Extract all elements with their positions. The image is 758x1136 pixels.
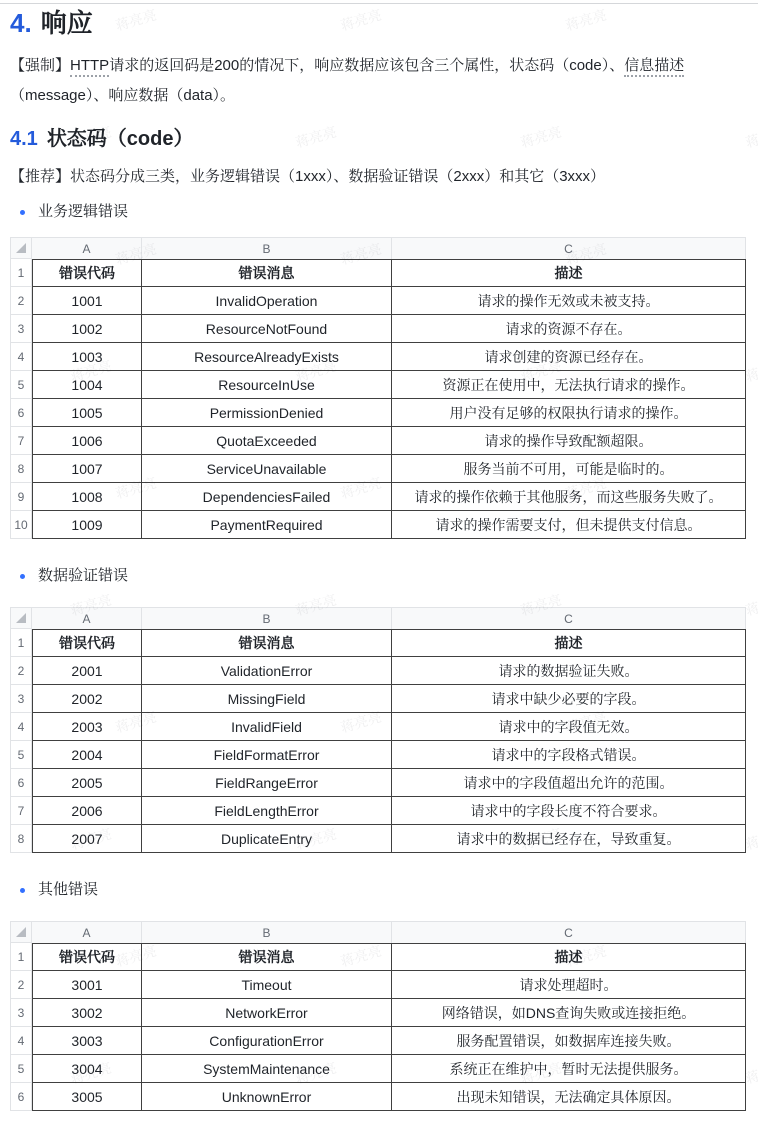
sheet-row-number[interactable]: 6 bbox=[10, 399, 32, 427]
section-business-logic-errors: 业务逻辑错误 ABC1错误代码错误消息描述21001InvalidOperati… bbox=[10, 201, 746, 539]
bullet-item-business-errors: 业务逻辑错误 bbox=[10, 201, 746, 223]
sheet-row-number[interactable]: 4 bbox=[10, 343, 32, 371]
sheet-row: 33002NetworkError网络错误，如DNS查询失败或连接拒绝。 bbox=[10, 999, 746, 1027]
spellcheck-underline-http: HTTP bbox=[70, 57, 109, 77]
sheet-cell[interactable]: 请求创建的资源已经存在。 bbox=[392, 343, 746, 371]
sheet-cell[interactable]: 错误消息 bbox=[142, 259, 392, 287]
sheet-row: 1错误代码错误消息描述 bbox=[10, 259, 746, 287]
sheet-cell[interactable]: FieldRangeError bbox=[142, 769, 392, 797]
sheet-row-number[interactable]: 3 bbox=[10, 685, 32, 713]
sheet-row-number[interactable]: 1 bbox=[10, 943, 32, 971]
heading-number: 4.1 bbox=[10, 128, 38, 150]
sheet-row-number[interactable]: 1 bbox=[10, 629, 32, 657]
sheet-cell[interactable]: ServiceUnavailable bbox=[142, 455, 392, 483]
spellcheck-underline-message-desc: 信息描述 bbox=[624, 57, 684, 77]
sheet-cell[interactable]: 错误消息 bbox=[142, 943, 392, 971]
select-all-triangle-icon bbox=[16, 243, 26, 253]
sheet-cell[interactable]: QuotaExceeded bbox=[142, 427, 392, 455]
sheet-cell[interactable]: SystemMaintenance bbox=[142, 1055, 392, 1083]
sheet-cell[interactable]: 3005 bbox=[32, 1083, 142, 1111]
sheet-row-number[interactable]: 5 bbox=[10, 741, 32, 769]
sheet-row: 53004SystemMaintenance系统正在维护中，暂时无法提供服务。 bbox=[10, 1055, 746, 1083]
sheet-cell[interactable]: 2003 bbox=[32, 713, 142, 741]
sheet-header-row: ABC bbox=[10, 921, 746, 943]
section-other-errors: 其他错误 ABC1错误代码错误消息描述23001Timeout请求处理超时。33… bbox=[10, 879, 746, 1111]
sheet-cell[interactable]: 请求中的字段格式错误。 bbox=[392, 741, 746, 769]
sheet-cell[interactable]: 服务配置错误，如数据库连接失败。 bbox=[392, 1027, 746, 1055]
sheet-row: 52004FieldFormatError请求中的字段格式错误。 bbox=[10, 741, 746, 769]
paragraph-mandatory: 【强制】HTTP请求的返回码是200的情况下，响应数据应该包含三个属性，状态码（… bbox=[10, 51, 746, 111]
sheet-row-number[interactable]: 7 bbox=[10, 797, 32, 825]
sheet-row: 1错误代码错误消息描述 bbox=[10, 629, 746, 657]
sheet-cell[interactable]: 描述 bbox=[392, 259, 746, 287]
sheet-cell[interactable]: DependenciesFailed bbox=[142, 483, 392, 511]
sheet-row-number[interactable]: 4 bbox=[10, 1027, 32, 1055]
sheet-cell[interactable]: 描述 bbox=[392, 943, 746, 971]
sheet-row-number[interactable]: 8 bbox=[10, 825, 32, 853]
sheet-row-number[interactable]: 10 bbox=[10, 511, 32, 539]
sheet-row-number[interactable]: 5 bbox=[10, 371, 32, 399]
sheet-row-number[interactable]: 7 bbox=[10, 427, 32, 455]
sheet-cell[interactable]: MissingField bbox=[142, 685, 392, 713]
sheet-row: 63005UnknownError出现未知错误，无法确定具体原因。 bbox=[10, 1083, 746, 1111]
embedded-sheet[interactable]: ABC1错误代码错误消息描述23001Timeout请求处理超时。33002Ne… bbox=[10, 921, 746, 1111]
select-all-triangle-icon bbox=[16, 613, 26, 623]
sheet-cell[interactable]: InvalidField bbox=[142, 713, 392, 741]
sheet-column-header[interactable]: B bbox=[142, 607, 392, 629]
sheet-cell[interactable]: UnknownError bbox=[142, 1083, 392, 1111]
sheet-row: 43003ConfigurationError服务配置错误，如数据库连接失败。 bbox=[10, 1027, 746, 1055]
sheet-cell[interactable]: 2004 bbox=[32, 741, 142, 769]
sheet-cell[interactable]: 错误代码 bbox=[32, 259, 142, 287]
sheet-cell[interactable]: 2001 bbox=[32, 657, 142, 685]
sheet-cell[interactable]: 错误代码 bbox=[32, 629, 142, 657]
sheet-row: 51004ResourceInUse资源正在使用中，无法执行请求的操作。 bbox=[10, 371, 746, 399]
sheet-row: 72006FieldLengthError请求中的字段长度不符合要求。 bbox=[10, 797, 746, 825]
sheet-cell[interactable]: FieldLengthError bbox=[142, 797, 392, 825]
section-data-validation-errors: 数据验证错误 ABC1错误代码错误消息描述22001ValidationErro… bbox=[10, 565, 746, 853]
sheet-cell[interactable]: 网络错误，如DNS查询失败或连接拒绝。 bbox=[392, 999, 746, 1027]
sheet-cell[interactable]: 请求的数据验证失败。 bbox=[392, 657, 746, 685]
sheet-cell[interactable]: 2006 bbox=[32, 797, 142, 825]
sheet-row: 81007ServiceUnavailable服务当前不可用，可能是临时的。 bbox=[10, 455, 746, 483]
heading-number: 4. bbox=[10, 8, 32, 38]
sheet-row-number[interactable]: 3 bbox=[10, 315, 32, 343]
sheet-row-number[interactable]: 2 bbox=[10, 657, 32, 685]
sheet-row: 62005FieldRangeError请求中的字段值超出允许的范围。 bbox=[10, 769, 746, 797]
sheet-column-header[interactable]: B bbox=[142, 921, 392, 943]
sheet-cell[interactable]: NetworkError bbox=[142, 999, 392, 1027]
sheet-cell[interactable]: 描述 bbox=[392, 629, 746, 657]
bullet-label: 其他错误 bbox=[38, 879, 98, 901]
sheet-cell[interactable]: 错误消息 bbox=[142, 629, 392, 657]
bullet-item-other-errors: 其他错误 bbox=[10, 879, 746, 901]
embedded-sheet[interactable]: ABC1错误代码错误消息描述22001ValidationError请求的数据验… bbox=[10, 607, 746, 853]
paragraph-mid: 请求的返回码是200的情况下，响应数据应该包含三个属性，状态码（code）、 bbox=[109, 57, 624, 74]
sheet-cell[interactable]: 3004 bbox=[32, 1055, 142, 1083]
sheet-cell[interactable]: InvalidOperation bbox=[142, 287, 392, 315]
sheet-row-number[interactable]: 5 bbox=[10, 1055, 32, 1083]
sheet-cell[interactable]: PaymentRequired bbox=[142, 511, 392, 539]
sheet-cell[interactable]: 请求的操作无效或未被支持。 bbox=[392, 287, 746, 315]
sheet-column-header[interactable]: C bbox=[392, 921, 746, 943]
sheet-row-number[interactable]: 3 bbox=[10, 999, 32, 1027]
sheet-cell[interactable]: 资源正在使用中，无法执行请求的操作。 bbox=[392, 371, 746, 399]
select-all-triangle-icon bbox=[16, 927, 26, 937]
bullet-label: 业务逻辑错误 bbox=[38, 201, 128, 223]
sheet-cell[interactable]: 2007 bbox=[32, 825, 142, 853]
sheet-row: 41003ResourceAlreadyExists请求创建的资源已经存在。 bbox=[10, 343, 746, 371]
sheet-cell[interactable]: 1009 bbox=[32, 511, 142, 539]
sheet-cell[interactable]: FieldFormatError bbox=[142, 741, 392, 769]
sheet-cell[interactable]: 错误代码 bbox=[32, 943, 142, 971]
sheet-cell[interactable]: 1005 bbox=[32, 399, 142, 427]
sheet-row: 82007DuplicateEntry请求中的数据已经存在，导致重复。 bbox=[10, 825, 746, 853]
sheet-row-number[interactable]: 2 bbox=[10, 287, 32, 315]
sheet-row-number[interactable]: 4 bbox=[10, 713, 32, 741]
sheet-row-number[interactable]: 2 bbox=[10, 971, 32, 999]
sheet-cell[interactable]: 1004 bbox=[32, 371, 142, 399]
sheet-cell[interactable]: ResourceAlreadyExists bbox=[142, 343, 392, 371]
sheet-cell[interactable]: ResourceNotFound bbox=[142, 315, 392, 343]
sheet-cell[interactable]: 1002 bbox=[32, 315, 142, 343]
heading-response: 4.响应 bbox=[10, 8, 746, 39]
sheet-cell[interactable]: 系统正在维护中，暂时无法提供服务。 bbox=[392, 1055, 746, 1083]
sheet-cell[interactable]: 1001 bbox=[32, 287, 142, 315]
sheet-row: 31002ResourceNotFound请求的资源不存在。 bbox=[10, 315, 746, 343]
sheet-cell[interactable]: 请求处理超时。 bbox=[392, 971, 746, 999]
bullet-label: 数据验证错误 bbox=[38, 565, 128, 587]
sheet-row-number[interactable]: 6 bbox=[10, 1083, 32, 1111]
sheet-row-number[interactable]: 9 bbox=[10, 483, 32, 511]
bullet-item-validation-errors: 数据验证错误 bbox=[10, 565, 746, 587]
sheet-cell[interactable]: 用户没有足够的权限执行请求的操作。 bbox=[392, 399, 746, 427]
sheet-cell[interactable]: 1008 bbox=[32, 483, 142, 511]
sheet-cell[interactable]: 1006 bbox=[32, 427, 142, 455]
sheet-cell[interactable]: ResourceInUse bbox=[142, 371, 392, 399]
paragraph-prefix: 【强制】 bbox=[10, 57, 70, 74]
sheet-column-header[interactable]: A bbox=[32, 607, 142, 629]
sheet-column-header[interactable]: B bbox=[142, 237, 392, 259]
sheet-row: 32002MissingField请求中缺少必要的字段。 bbox=[10, 685, 746, 713]
sheet-column-header[interactable]: C bbox=[392, 607, 746, 629]
sheet-column-header[interactable]: C bbox=[392, 237, 746, 259]
sheet-cell[interactable]: PermissionDenied bbox=[142, 399, 392, 427]
heading-status-code: 4.1状态码（code） bbox=[10, 127, 746, 151]
sheet-grid[interactable]: ABC1错误代码错误消息描述22001ValidationError请求的数据验… bbox=[10, 607, 746, 853]
sheet-corner-cell[interactable] bbox=[10, 607, 32, 629]
sheet-cell[interactable]: 请求中的字段值超出允许的范围。 bbox=[392, 769, 746, 797]
sheet-column-header[interactable]: A bbox=[32, 237, 142, 259]
sheet-row: 1错误代码错误消息描述 bbox=[10, 943, 746, 971]
sheet-cell[interactable]: 请求中的数据已经存在，导致重复。 bbox=[392, 825, 746, 853]
sheet-row: 21001InvalidOperation请求的操作无效或未被支持。 bbox=[10, 287, 746, 315]
sheet-cell[interactable]: 请求中缺少必要的字段。 bbox=[392, 685, 746, 713]
sheet-cell[interactable]: ConfigurationError bbox=[142, 1027, 392, 1055]
sheet-cell[interactable]: 请求的操作依赖于其他服务，而这些服务失败了。 bbox=[392, 483, 746, 511]
sheet-column-header[interactable]: A bbox=[32, 921, 142, 943]
sheet-cell[interactable]: 请求中的字段值无效。 bbox=[392, 713, 746, 741]
sheet-cell[interactable]: 3001 bbox=[32, 971, 142, 999]
sheet-cell[interactable]: 1003 bbox=[32, 343, 142, 371]
bullet-icon bbox=[20, 888, 25, 893]
sheet-cell[interactable]: 出现未知错误，无法确定具体原因。 bbox=[392, 1083, 746, 1111]
sheet-cell[interactable]: DuplicateEntry bbox=[142, 825, 392, 853]
sheet-cell[interactable]: 请求中的字段长度不符合要求。 bbox=[392, 797, 746, 825]
sheet-row-number[interactable]: 6 bbox=[10, 769, 32, 797]
sheet-cell[interactable]: 请求的操作导致配额超限。 bbox=[392, 427, 746, 455]
sheet-cell[interactable]: 请求的操作需要支付，但未提供支付信息。 bbox=[392, 511, 746, 539]
sheet-header-row: ABC bbox=[10, 607, 746, 629]
sheet-row: 71006QuotaExceeded请求的操作导致配额超限。 bbox=[10, 427, 746, 455]
sheet-cell[interactable]: 2002 bbox=[32, 685, 142, 713]
bullet-icon bbox=[20, 574, 25, 579]
sheet-cell[interactable]: Timeout bbox=[142, 971, 392, 999]
bullet-icon bbox=[20, 210, 25, 215]
sheet-cell[interactable]: 3003 bbox=[32, 1027, 142, 1055]
sheet-row: 22001ValidationError请求的数据验证失败。 bbox=[10, 657, 746, 685]
sheet-row: 61005PermissionDenied用户没有足够的权限执行请求的操作。 bbox=[10, 399, 746, 427]
sheet-corner-cell[interactable] bbox=[10, 921, 32, 943]
heading-text: 响应 bbox=[41, 8, 93, 38]
sheet-cell[interactable]: 2005 bbox=[32, 769, 142, 797]
sheet-cell[interactable]: 服务当前不可用，可能是临时的。 bbox=[392, 455, 746, 483]
sheet-cell[interactable]: 3002 bbox=[32, 999, 142, 1027]
sheet-cell[interactable]: ValidationError bbox=[142, 657, 392, 685]
sheet-row: 42003InvalidField请求中的字段值无效。 bbox=[10, 713, 746, 741]
document-body: 4.响应 【强制】HTTP请求的返回码是200的情况下，响应数据应该包含三个属性… bbox=[0, 0, 758, 1111]
sheet-grid[interactable]: ABC1错误代码错误消息描述21001InvalidOperation请求的操作… bbox=[10, 237, 746, 539]
sheet-header-row: ABC bbox=[10, 237, 746, 259]
paragraph-recommended: 【推荐】状态码分成三类，业务逻辑错误（1xxx）、数据验证错误（2xxx）和其它… bbox=[10, 165, 746, 189]
sheet-cell[interactable]: 1007 bbox=[32, 455, 142, 483]
sheet-row: 101009PaymentRequired请求的操作需要支付，但未提供支付信息。 bbox=[10, 511, 746, 539]
sheet-row-number[interactable]: 8 bbox=[10, 455, 32, 483]
sheet-row-number[interactable]: 1 bbox=[10, 259, 32, 287]
sheet-row: 23001Timeout请求处理超时。 bbox=[10, 971, 746, 999]
sheet-grid[interactable]: ABC1错误代码错误消息描述23001Timeout请求处理超时。33002Ne… bbox=[10, 921, 746, 1111]
sheet-row: 91008DependenciesFailed请求的操作依赖于其他服务，而这些服… bbox=[10, 483, 746, 511]
sheet-cell[interactable]: 请求的资源不存在。 bbox=[392, 315, 746, 343]
heading-text: 状态码（code） bbox=[47, 128, 194, 150]
paragraph-tail: （message）、响应数据（data）。 bbox=[10, 87, 235, 104]
embedded-sheet[interactable]: ABC1错误代码错误消息描述21001InvalidOperation请求的操作… bbox=[10, 237, 746, 539]
sheet-corner-cell[interactable] bbox=[10, 237, 32, 259]
